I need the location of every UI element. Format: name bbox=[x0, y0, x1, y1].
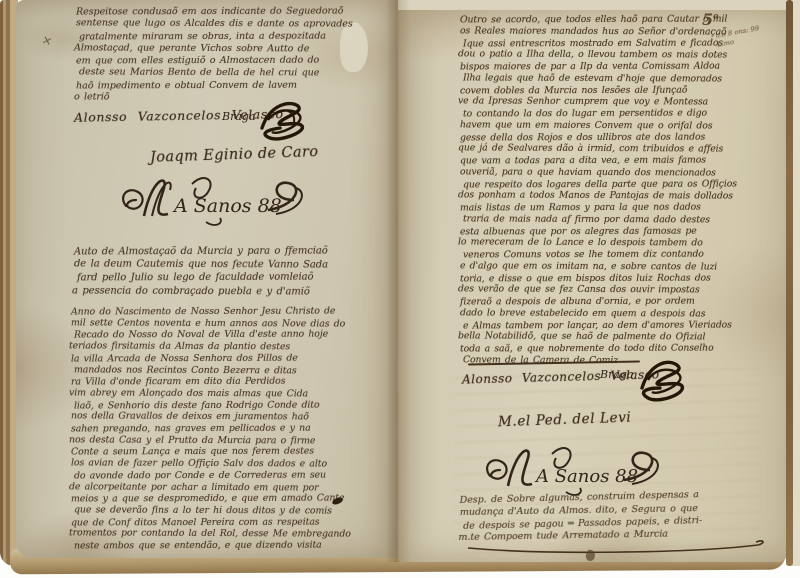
handwritten-line: Outro se acordo, que todos elles haõ par… bbox=[460, 14, 737, 27]
svg-text:A Sanos 88: A Sanos 88 bbox=[172, 195, 282, 217]
handwritten-line: Ilha legais que haõ de estevam d'hoje qu… bbox=[463, 72, 737, 85]
handwritten-line: os Reales maiores mandados hus ao Señor … bbox=[460, 25, 737, 38]
rubric-name: Braga bbox=[222, 110, 256, 123]
handwritten-line: que já de Sealvares dão à irmid, com tri… bbox=[458, 143, 737, 156]
handwritten-line: haõ impedimento e obtual Convem de lavem bbox=[76, 79, 353, 92]
handwritten-line: Auto de Almostaçaõ da Murcia y para o ff… bbox=[74, 245, 328, 259]
handwritten-line: ra Villa d'onde ficaram em dito dia Perd… bbox=[71, 376, 351, 389]
handwritten-line: dado lo breve estabelecido em quem a des… bbox=[460, 307, 737, 320]
handwritten-line: to contando la dos do lugar em persentid… bbox=[463, 108, 737, 121]
handwritten-line: fard pello Julio su lego de faculdade vo… bbox=[77, 271, 328, 285]
monogram-signature: A Sanos 88 bbox=[118, 170, 310, 230]
pencil-x-mark: ✕ bbox=[40, 33, 54, 49]
handwritten-line: a pessencia do combraçado puebla e y d'a… bbox=[72, 284, 328, 298]
photograph-background: ✕ Respeitose condusaõ em aos indicante d… bbox=[0, 0, 800, 578]
right-paragraph-1: Outro se acordo, que todos elles haõ par… bbox=[460, 14, 737, 367]
handwritten-line: des verão de que se fez Cansa dos ouvir … bbox=[458, 284, 737, 297]
handwritten-line: Anno do Nascimento de Nosso Senhor Jesu … bbox=[71, 306, 351, 319]
handwritten-line: ve da Ipresas Senhor cumprem que voy e M… bbox=[458, 96, 737, 109]
secondary-signature: M.el Ped. del Levi bbox=[498, 410, 632, 431]
handwritten-line: vim abrey em Alonçado dos mais almas que… bbox=[69, 387, 351, 400]
handwritten-line: meios y a que se despromedido, e que em … bbox=[71, 493, 351, 506]
next-page-edge bbox=[792, 0, 800, 566]
handwritten-line: do avonde dado por Conde e de Correderas… bbox=[74, 469, 351, 482]
handwritten-line: bella Notabilidõ, que se haõ de palmente… bbox=[458, 331, 737, 344]
handwritten-line: dou o patio a Ilha della, o llevou tambe… bbox=[458, 49, 737, 62]
rubric-scribble-icon bbox=[634, 354, 690, 408]
left-paragraph-3: Anno do Nascimento de Nosso Senhor Jesu … bbox=[71, 306, 351, 552]
handwritten-line: sentense que lugo os Alcaldes dis e dant… bbox=[76, 18, 353, 32]
handwritten-line: o letriõ bbox=[74, 91, 353, 105]
handwritten-line: teriados firsitamis da Almas da plantio … bbox=[69, 340, 351, 353]
rubric-scribble-icon bbox=[256, 96, 310, 146]
handwritten-line: que se deverão fins a lo ter hi dous dit… bbox=[74, 504, 351, 517]
handwritten-line: e d'algo que em os imitam na, e sobre ca… bbox=[460, 260, 737, 273]
handwritten-line: traria de mais nada af firmo por dama da… bbox=[463, 213, 737, 226]
right-page: 5o n.o 8 ons: 99L.mo Outro se acordo, qu… bbox=[398, 10, 788, 562]
rubric-name: Braga bbox=[600, 368, 634, 381]
notary-signature: Joaqm Eginio de Caro bbox=[150, 144, 319, 166]
handwritten-line: gratalmente miraram se obras, inta a des… bbox=[79, 30, 353, 43]
svg-text:A Sanos 88: A Sanos 88 bbox=[534, 466, 638, 487]
left-paragraph-1: Respeitose condusaõ em aos indicante do … bbox=[76, 6, 353, 104]
handwritten-line: bispos maiores de par a Ilp da venta Com… bbox=[460, 61, 737, 74]
handwritten-line: ouveriã, para o que haviam quando dos me… bbox=[460, 166, 737, 179]
signature-rubric: Braga bbox=[634, 354, 690, 412]
handwritten-line: los avian de fazer pello Offiçio Salv do… bbox=[71, 458, 351, 471]
handwritten-line: fizeraõ a despois de albuna d'ornia, e p… bbox=[460, 296, 737, 309]
underline-flourish bbox=[464, 538, 774, 556]
left-page: ✕ Respeitose condusaõ em aos indicante d… bbox=[16, 0, 398, 558]
handwritten-line: la villa Arcada de Nossa Senhora dos Pil… bbox=[71, 352, 351, 365]
right-page-rough-edge bbox=[786, 0, 793, 566]
handwritten-line: toda a saã, e que nobremente do todo dit… bbox=[460, 343, 737, 356]
handwritten-line: havem que um em maiores Convem que o ori… bbox=[460, 119, 737, 132]
handwritten-line: neste ambos que se entendão, e que dizen… bbox=[74, 540, 351, 553]
handwritten-line: mais listas de um Ramos y para la que no… bbox=[460, 202, 737, 215]
signature-rubric: Braga bbox=[256, 96, 310, 150]
handwritten-line: sahen pregando, nas graves em pellicados… bbox=[71, 423, 351, 436]
handwritten-line: que vam a todas para a dita vea, e em ma… bbox=[460, 155, 737, 168]
left-paragraph-2: Auto de Almostaçaõ da Murcia y para o ff… bbox=[74, 245, 328, 298]
handwritten-line: deste seu Marios Bento de bella de hel c… bbox=[79, 67, 353, 80]
handwritten-line: lo mereceram de lo Lance e lo despois ta… bbox=[458, 237, 737, 250]
handwritten-line: veneros Comuns votos se lhe tomem diz co… bbox=[463, 249, 737, 262]
handwritten-line: dos ponham a todos Manos de Pantojas de … bbox=[458, 190, 737, 203]
